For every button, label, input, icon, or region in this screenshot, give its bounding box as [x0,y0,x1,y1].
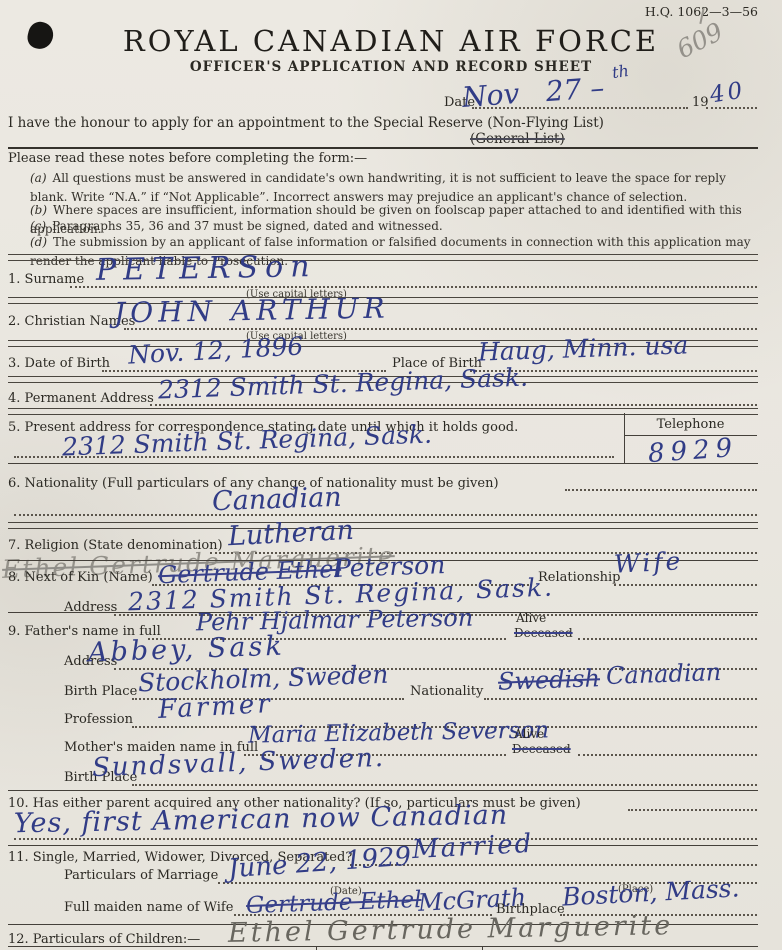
divider [8,463,758,464]
father-nationality-struck-handwritten: Swedish [498,664,601,696]
surname-label: 1. Surname [8,272,84,287]
christian-names-line [124,328,757,330]
nationality-handwritten: Canadian [211,482,342,518]
telephone-label: Telephone [624,417,757,432]
relationship-line [614,584,757,586]
permanent-address-line [150,404,757,406]
date-year-handwritten: 40 [708,77,747,108]
children-handwritten: Ethel Gertrude Marguerite [228,910,674,949]
relationship-handwritten: Wife [613,546,684,579]
form-title: ROYAL CANADIAN AIR FORCE [0,24,782,58]
header-rule [8,147,758,149]
father-profession-handwritten: Farmer [157,689,273,725]
permanent-address-handwritten: 2312 Smith St. Regina, Sask. [158,363,529,405]
note-d-label: (d) [30,235,53,249]
note-a-label: (a) [30,171,53,185]
wife-birthplace-handwritten: Boston, Mass. [561,873,740,911]
father-nationality-handwritten: Canadian [606,658,722,690]
next-of-kin-label: 8. Next of Kin (Name) [8,570,153,585]
father-profession-label: Profession [64,712,133,727]
father-nationality-line [484,698,757,700]
father-deceased-struck: Deceased [514,626,573,640]
date-ordinal-handwritten: th [611,61,630,82]
children-table-column-line [482,946,483,950]
wife-maiden-name-label: Full maiden name of Wife [64,900,233,915]
general-list-struck: (General List) [470,131,565,147]
father-nationality-label: Nationality [410,684,483,699]
mother-deceased-struck: Deceased [512,742,571,756]
notes-intro: Please read these notes before completin… [8,151,367,166]
parent-nationality-trailing-line [628,809,757,811]
children-table-top-border [8,946,758,947]
divider [8,522,758,529]
parent-nationality-answer-line [14,838,757,840]
marital-status-handwritten: Married [411,829,534,865]
father-alive-label: Alive [516,611,546,625]
date-of-birth-label: 3. Date of Birth [8,356,110,371]
marriage-date-handwritten: June 22, 1929 [227,842,412,885]
surname-handwritten: PETERSon [96,249,317,288]
children-table-column-line [316,946,317,950]
mother-status-line [578,754,757,756]
nationality-answer-line [14,514,757,516]
nationality-trailing-line [565,489,757,491]
honour-statement: I have the honour to apply for an appoin… [8,115,604,131]
permanent-address-label: 4. Permanent Address [8,391,154,406]
father-birthplace-label: Birth Place [64,684,137,699]
mother-alive-label: Alive [514,727,544,741]
date-of-birth-handwritten: Nov. 12, 1896 [127,331,304,369]
place-of-birth-handwritten: Haug, Minn. usa [478,330,689,366]
mother-name-handwritten: Maria Elizabeth Severson [248,717,550,748]
father-address-handwritten: Abbey, Sask [88,631,286,669]
divider [8,408,758,415]
children-label: 12. Particulars of Children:— [8,932,200,947]
marriage-particulars-label: Particulars of Marriage [64,868,218,883]
mother-birthplace-line [132,784,757,786]
divider [8,790,758,791]
form-subtitle: OFFICER'S APPLICATION AND RECORD SHEET [0,59,782,75]
application-form-page: H.Q. 1062—3—56 609 ROYAL CANADIAN AIR FO… [0,0,782,950]
father-status-line [578,638,757,640]
christian-names-handwritten: JOHN ARTHUR [114,292,390,330]
